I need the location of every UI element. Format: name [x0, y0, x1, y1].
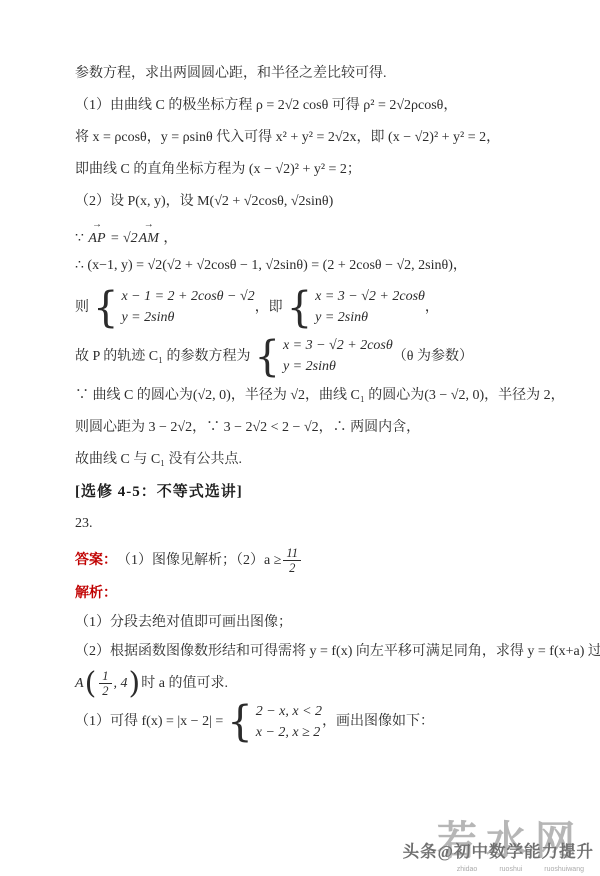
line-coordinate-expansion: ∴ (x−1, y) = √2(√2 + √2cosθ − 1, √2sinθ)… [75, 256, 572, 276]
case-row: x − 1 = 2 + 2cosθ − √2 [121, 288, 254, 306]
answer-label: 答案： [75, 551, 117, 571]
case-row: y = 2sinθ [121, 309, 254, 327]
piecewise-suffix: ，画出图像如下： [322, 712, 434, 732]
answer-fraction: 11 2 [283, 546, 301, 576]
comma: ， [160, 231, 178, 246]
left-brace: { [255, 339, 280, 375]
vector-AP: →AP [88, 229, 105, 249]
vector-arrow-icon: → [139, 220, 159, 230]
fraction-denominator: 2 [99, 684, 111, 698]
line-parametric-result: 故 P 的轨迹 C₁ 的参数方程为 { x = 3 − √2 + 2cosθ y… [75, 337, 572, 376]
vector-AP-label: AP [88, 231, 105, 246]
system-prefix: 则 [75, 298, 89, 318]
line-set-points: （2）设 P(x, y)，设 M(√2 + √2cosθ, √2sinθ) [75, 192, 572, 212]
answer-text: （1）图像见解析；（2）a ≥ [117, 551, 281, 571]
line-polar-equation: （1）由曲线 C 的极坐标方程 ρ = 2√2 cosθ 可得 ρ² = 2√2… [75, 96, 572, 116]
case-row: y = 2sinθ [315, 309, 425, 327]
right-paren: ) [129, 670, 141, 697]
line-rect-equation: 即曲线 C 的直角坐标方程为 (x − √2)² + y² = 2； [75, 160, 572, 180]
line-substitution: 将 x = ρcosθ，y = ρsinθ 代入可得 x² + y² = 2√2… [75, 128, 572, 148]
analysis-label-text: 解析： [75, 586, 117, 601]
point-A-fraction: 1 2 [99, 669, 111, 699]
case-row: x = 3 − √2 + 2cosθ [283, 337, 393, 355]
left-brace: { [287, 290, 312, 326]
because-symbol: ∵ [75, 231, 87, 246]
fraction-numerator: 1 [99, 669, 111, 684]
left-paren: ( [85, 670, 97, 697]
point-A-suffix: 时 a 的值可求. [141, 674, 228, 694]
point-A-second-coord: , 4 [114, 674, 128, 694]
comma: ， [425, 298, 439, 318]
watermark-account-name: 头条@初中数学能力提升 [403, 838, 594, 862]
cases-group-3: x = 3 − √2 + 2cosθ y = 2sinθ [283, 337, 393, 376]
system-middle: ，即 [255, 298, 283, 318]
cases-group-1: x − 1 = 2 + 2cosθ − √2 y = 2sinθ [121, 288, 254, 327]
document-page: 参数方程，求出两圆圆心距，和半径之差比较可得. （1）由曲线 C 的极坐标方程 … [0, 0, 600, 876]
line-system-equations: 则 { x − 1 = 2 + 2cosθ − √2 y = 2sinθ ，即 … [75, 288, 572, 327]
line-intro: 参数方程，求出两圆圆心距，和半径之差比较可得. [75, 64, 572, 84]
parametric-prefix: 故 P 的轨迹 C₁ 的参数方程为 [75, 347, 251, 367]
line-circle-centers: ∵ 曲线 C 的圆心为(√2, 0)，半径为 √2，曲线 C₁ 的圆心为(3 −… [75, 386, 572, 406]
vector-arrow-icon: → [88, 220, 105, 230]
line-answer: 答案： （1）图像见解析；（2）a ≥ 11 2 [75, 546, 572, 576]
line-center-distance: 则圆心距为 3 − 2√2，∵ 3 − 2√2 < 2 − √2，∴ 两圆内含， [75, 418, 572, 438]
watermark-small-word: zhidao [457, 866, 478, 873]
line-analysis-2: （2）根据函数图像数形结和可得需将 y = f(x) 向左平移可满足同角，求得 … [75, 642, 572, 662]
line-analysis-1: （1）分段去绝对值即可画出图像； [75, 613, 572, 633]
watermark-small-word: ruoshui [499, 866, 522, 873]
case-row: x = 3 − √2 + 2cosθ [315, 288, 425, 306]
point-A-label: A [75, 674, 84, 694]
vector-AM: →AM [139, 229, 159, 249]
parametric-suffix: （θ 为参数） [393, 347, 473, 367]
analysis-label: 解析： [75, 584, 572, 604]
case-row: x − 2, x ≥ 2 [256, 724, 322, 742]
case-row: 2 − x, x < 2 [256, 703, 322, 721]
line-conclusion: 故曲线 C 与 C₁ 没有公共点. [75, 450, 572, 470]
piecewise-prefix: （1）可得 f(x) = |x − 2| = [75, 712, 223, 732]
cases-group-2: x = 3 − √2 + 2cosθ y = 2sinθ [315, 288, 425, 327]
question-number: 23. [75, 514, 572, 534]
vector-equals: = √2 [107, 231, 138, 246]
line-vector-relation: ∵ →AP = √2→AM ， [75, 224, 572, 249]
vector-AM-label: AM [139, 231, 159, 246]
cases-group-4: 2 − x, x < 2 x − 2, x ≥ 2 [256, 703, 322, 742]
watermark-small-word: ruoshuiwang [544, 866, 584, 873]
fraction-denominator: 2 [286, 561, 298, 575]
watermark-small-text: zhidao ruoshui ruoshuiwang [457, 866, 584, 873]
fraction-numerator: 11 [283, 546, 301, 561]
watermark: 若水网 头条@初中数学能力提升 zhidao ruoshui ruoshuiwa… [326, 810, 596, 874]
case-row: y = 2sinθ [283, 358, 393, 376]
line-point-A: A ( 1 2 , 4 ) 时 a 的值可求. [75, 669, 572, 699]
line-piecewise-function: （1）可得 f(x) = |x − 2| = { 2 − x, x < 2 x … [75, 703, 572, 742]
section-heading: [选修 4-5：不等式选讲] [75, 482, 572, 502]
left-brace: { [93, 290, 118, 326]
left-brace: { [227, 704, 252, 740]
